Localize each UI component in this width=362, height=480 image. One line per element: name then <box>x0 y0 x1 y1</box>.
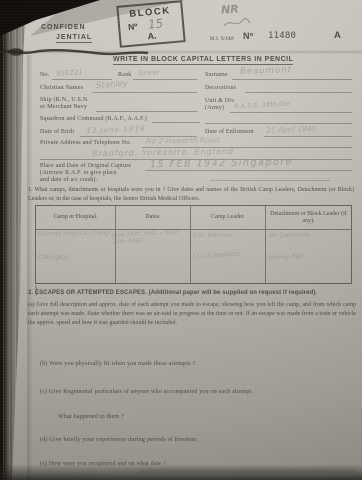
field-capture-label-2: (Aircrew R.A.F. to give place <box>40 170 117 177</box>
question-2b-text: (b) Were you physically fit when you mad… <box>40 361 195 368</box>
field-address-value-1: No 2 Haworth Road, <box>146 135 222 145</box>
field-unit-line <box>230 112 352 113</box>
question-1-text: 1. What camps, detachments or hospitals … <box>28 186 354 204</box>
field-surname-label: Surname <box>205 72 228 79</box>
nr-annotation: NR <box>221 3 239 17</box>
field-decorations-label: Decorations <box>205 85 236 92</box>
bottom-shadow <box>0 464 362 480</box>
mi9-department-label: M.I. 9/JAP <box>210 36 234 43</box>
camps-table: Camp or Hospital. Dates. Camp Leader. De… <box>35 205 352 284</box>
field-christian-line <box>92 92 197 93</box>
stamp-no-label: Nº <box>128 21 138 32</box>
stamp-series-letter: A. <box>147 31 157 42</box>
field-rank-label: Rank <box>118 72 131 79</box>
field-rank-value: Driver <box>138 68 160 77</box>
question-2c2-text: What happened to them ? <box>58 414 124 421</box>
field-capture-line-2 <box>210 180 330 181</box>
field-squadron-label: Squadron and Command (R.A.F., A.A.F.) <box>40 116 147 123</box>
field-dob-label: Date of Birth <box>40 129 74 136</box>
pencil-scribble <box>222 16 252 30</box>
field-address-label: Private Address and Telephone No. <box>40 140 131 147</box>
page-crease <box>27 55 33 480</box>
camps-table-header-camp: Camp or Hospital. <box>36 206 115 230</box>
serial-series-letter: A <box>334 32 341 39</box>
camps-table-header-dates: Dates. <box>116 206 190 230</box>
camps-table-col-leader: Camp Leader. <box>191 206 266 283</box>
stamp-block-number-handwritten: 15 <box>147 16 164 32</box>
field-no-value: 916221 <box>56 68 83 77</box>
field-ship-line <box>96 111 197 112</box>
field-christian-label: Christian Names <box>40 85 83 92</box>
table-entry-camp-2: Chungkai <box>38 253 69 261</box>
field-capture-label-3: and date of a/c crash). <box>40 177 97 184</box>
scanned-pow-form-photo: CONFIDEN JENTIAL BLOCK Nº A. 15 NR M.I. … <box>0 0 362 480</box>
field-decorations-line <box>245 92 352 93</box>
field-unit-line-2 <box>205 123 352 124</box>
question-2d-text: (d) Give briefly your experiences during… <box>40 437 198 444</box>
question-2a-text: (a) Give full description and approx. da… <box>28 301 356 328</box>
field-ship-label-1: Ship (R.N., U.S.N. <box>40 97 89 104</box>
camps-table-col-detachment: Detachment or Block Leader (if any). <box>266 206 351 283</box>
camps-table-header-detachment: Detachment or Block Leader (if any). <box>266 206 351 230</box>
confidential-label-top: CONFIDEN <box>41 24 86 31</box>
confidential-label-bottom: JENTIAL <box>56 34 92 43</box>
form-title: WRITE IN BLOCK CAPITAL LETTERS IN PENCIL <box>113 56 293 65</box>
field-no-label: No. <box>40 72 49 79</box>
serial-no-symbol: Nº <box>243 33 253 40</box>
camps-table-col-camp: Camp or Hospital. <box>36 206 116 283</box>
field-surname-line <box>232 79 352 80</box>
question-2-heading: 2. ESCAPES OR ATTEMPTED ESCAPES. (Additi… <box>28 290 317 297</box>
question-2c-text: (c) Give Regimental particulars of anyon… <box>40 389 253 396</box>
table-entry-camp-1: Roberts Hospital Changi, <box>38 229 113 237</box>
field-enlist-line <box>264 136 352 137</box>
field-rank-line <box>133 79 197 80</box>
field-capture-line <box>145 170 352 171</box>
field-unit-label-1: Unit & Div. <box>205 98 236 105</box>
serial-number: 11480 <box>268 33 296 40</box>
field-ship-label-2: or Merchant Navy <box>40 104 87 111</box>
camps-table-header-leader: Camp Leader. <box>191 206 265 230</box>
field-enlist-value: 21 April 1940 <box>266 124 317 135</box>
table-entry-leader-1: Col. Holmes <box>193 231 232 239</box>
field-capture-label-1: Place and Date of Original Capture <box>40 163 131 170</box>
field-surname-value: Beaumont <box>240 65 292 77</box>
table-entry-detachment-1: Mr Dennison <box>269 230 310 239</box>
field-unit-label-2: (Army) <box>205 105 224 112</box>
field-squadron-line <box>152 122 200 123</box>
